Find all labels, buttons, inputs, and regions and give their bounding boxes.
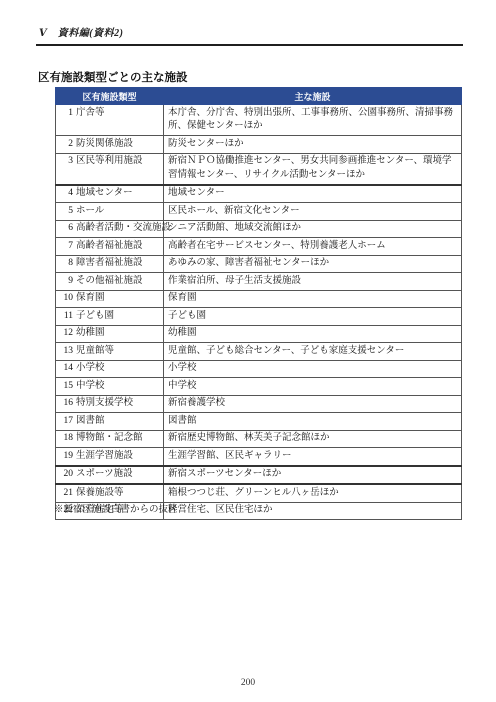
row-number: 20 [60, 468, 73, 482]
row-number: 7 [60, 240, 73, 254]
row-number: 5 [60, 205, 73, 219]
source-note: ※新宿区施設白書からの抜粋 [54, 501, 178, 515]
row-number: 10 [60, 292, 73, 306]
table-row: 17図書館 図書館 [56, 413, 462, 431]
row-type: 障害者福祉施設 [76, 258, 143, 268]
table-row: 18博物館・記念館 新宿歴史博物館、林芙美子記念館ほか [56, 430, 462, 448]
row-number: 21 [60, 487, 73, 501]
row-type: 子ども園 [76, 311, 114, 321]
row-number: 13 [60, 345, 73, 359]
facility-table: 区有施設類型 主な施設 1庁舎等 本庁舎、分庁舎、特別出張所、工事事務所、公園事… [55, 87, 462, 520]
row-facilities: 区民ホール、新宿文化センター [164, 203, 462, 221]
row-facilities: 新宿スポーツセンターほか [164, 466, 462, 485]
row-facilities: 本庁舎、分庁舎、特別出張所、工事事務所、公園事務所、清掃事務所、保健センターほか [164, 105, 462, 136]
page-title: 区有施設類型ごとの主な施設 [38, 69, 188, 85]
row-number: 1 [60, 107, 73, 121]
row-facilities: 地域センター [164, 185, 462, 203]
table-row: 8障害者福祉施設 あゆみの家、障害者福祉センターほか [56, 255, 462, 273]
row-facilities: 新宿ＮＰＯ協働推進センター、男女共同参画推進センター、環境学習情報センター、リサ… [164, 153, 462, 185]
table-row: 7高齢者福祉施設 高齢者在宅サービスセンター、特別養護老人ホーム [56, 238, 462, 256]
table-row: 13児童館等 児童館、子ども総合センター、子ども家庭支援センター [56, 343, 462, 361]
row-facilities: 児童館、子ども総合センター、子ども家庭支援センター [164, 343, 462, 361]
table-row: 19生涯学習施設 生涯学習館、区民ギャラリー [56, 448, 462, 466]
table-row: 4地域センター 地域センター [56, 185, 462, 203]
row-number: 6 [60, 222, 73, 236]
row-type: 博物館・記念館 [76, 433, 143, 443]
row-type: 高齢者活動・交流施設 [76, 223, 171, 233]
row-facilities: 中学校 [164, 378, 462, 396]
row-number: 8 [60, 257, 73, 271]
row-facilities: 図書館 [164, 413, 462, 431]
table-row: 3区民等利用施設 新宿ＮＰＯ協働推進センター、男女共同参画推進センター、環境学習… [56, 153, 462, 185]
row-number: 3 [60, 155, 73, 169]
row-type: 庁舎等 [76, 108, 105, 118]
table-row: 9その他福祉施設 作業宿泊所、母子生活支援施設 [56, 273, 462, 291]
table-row: 11子ども園 子ども園 [56, 308, 462, 326]
row-number: 4 [60, 187, 73, 201]
table-row: 6高齢者活動・交流施設 シニア活動館、地域交流館ほか [56, 220, 462, 238]
row-type: 図書館 [76, 416, 105, 426]
row-facilities: シニア活動館、地域交流館ほか [164, 220, 462, 238]
row-number: 17 [60, 415, 73, 429]
facility-table-body: 1庁舎等 本庁舎、分庁舎、特別出張所、工事事務所、公園事務所、清掃事務所、保健セ… [56, 105, 462, 520]
table-row: 5ホール 区民ホール、新宿文化センター [56, 203, 462, 221]
row-number: 19 [60, 450, 73, 464]
row-type: 生涯学習施設 [76, 451, 133, 461]
row-number: 12 [60, 327, 73, 341]
row-type: 小学校 [76, 363, 105, 373]
table-row: 20スポーツ施設 新宿スポーツセンターほか [56, 466, 462, 485]
table-row: 1庁舎等 本庁舎、分庁舎、特別出張所、工事事務所、公園事務所、清掃事務所、保健セ… [56, 105, 462, 136]
row-facilities: 幼稚園 [164, 325, 462, 343]
row-facilities: 生涯学習館、区民ギャラリー [164, 448, 462, 466]
row-type: 地域センター [76, 188, 133, 198]
row-facilities: 箱根つつじ荘、グリーンヒル八ヶ岳ほか [164, 484, 462, 502]
table-row: 2防災関係施設 防災センターほか [56, 136, 462, 154]
row-facilities: 新宿歴史博物館、林芙美子記念館ほか [164, 430, 462, 448]
row-facilities: 保育園 [164, 290, 462, 308]
row-type: その他福祉施設 [76, 276, 143, 286]
row-facilities: 防災センターほか [164, 136, 462, 154]
row-facilities: あゆみの家、障害者福祉センターほか [164, 255, 462, 273]
row-facilities: 子ども園 [164, 308, 462, 326]
row-number: 2 [60, 138, 73, 152]
table-row: 21保養施設等 箱根つつじ荘、グリーンヒル八ヶ岳ほか [56, 484, 462, 502]
table-row: 12幼稚園 幼稚園 [56, 325, 462, 343]
row-number: 11 [60, 310, 73, 324]
row-type: 幼稚園 [76, 328, 105, 338]
row-number: 16 [60, 397, 73, 411]
row-type: 防災関係施設 [76, 139, 133, 149]
row-type: 高齢者福祉施設 [76, 241, 143, 251]
row-type: 児童館等 [76, 346, 114, 356]
row-type: 特別支援学校 [76, 398, 133, 408]
row-facilities: 高齢者在宅サービスセンター、特別養護老人ホーム [164, 238, 462, 256]
row-facilities: 区営住宅、区民住宅ほか [164, 502, 462, 520]
row-facilities: 新宿養護学校 [164, 395, 462, 413]
row-facilities: 作業宿泊所、母子生活支援施設 [164, 273, 462, 291]
row-type: スポーツ施設 [76, 469, 133, 479]
column-header-type: 区有施設類型 [56, 88, 164, 105]
table-row: 16特別支援学校 新宿養護学校 [56, 395, 462, 413]
row-facilities: 小学校 [164, 360, 462, 378]
page-number: 200 [0, 678, 496, 688]
row-number: 9 [60, 275, 73, 289]
row-type: 区民等利用施設 [76, 156, 143, 166]
row-type: 保養施設等 [76, 488, 124, 498]
facility-table-header: 区有施設類型 主な施設 [56, 88, 462, 105]
table-row: 10保育園 保育園 [56, 290, 462, 308]
section-header: Ⅴ 資料編(資料2) [36, 24, 463, 46]
table-row: 14小学校 小学校 [56, 360, 462, 378]
row-type: ホール [76, 206, 104, 216]
row-type: 中学校 [76, 381, 105, 391]
row-number: 15 [60, 380, 73, 394]
table-row: 15中学校 中学校 [56, 378, 462, 396]
row-type: 保育園 [76, 293, 105, 303]
row-number: 14 [60, 362, 73, 376]
column-header-facilities: 主な施設 [164, 88, 462, 105]
document-page: Ⅴ 資料編(資料2) 区有施設類型ごとの主な施設 区有施設類型 主な施設 1庁舎… [0, 0, 496, 702]
row-number: 18 [60, 432, 73, 446]
